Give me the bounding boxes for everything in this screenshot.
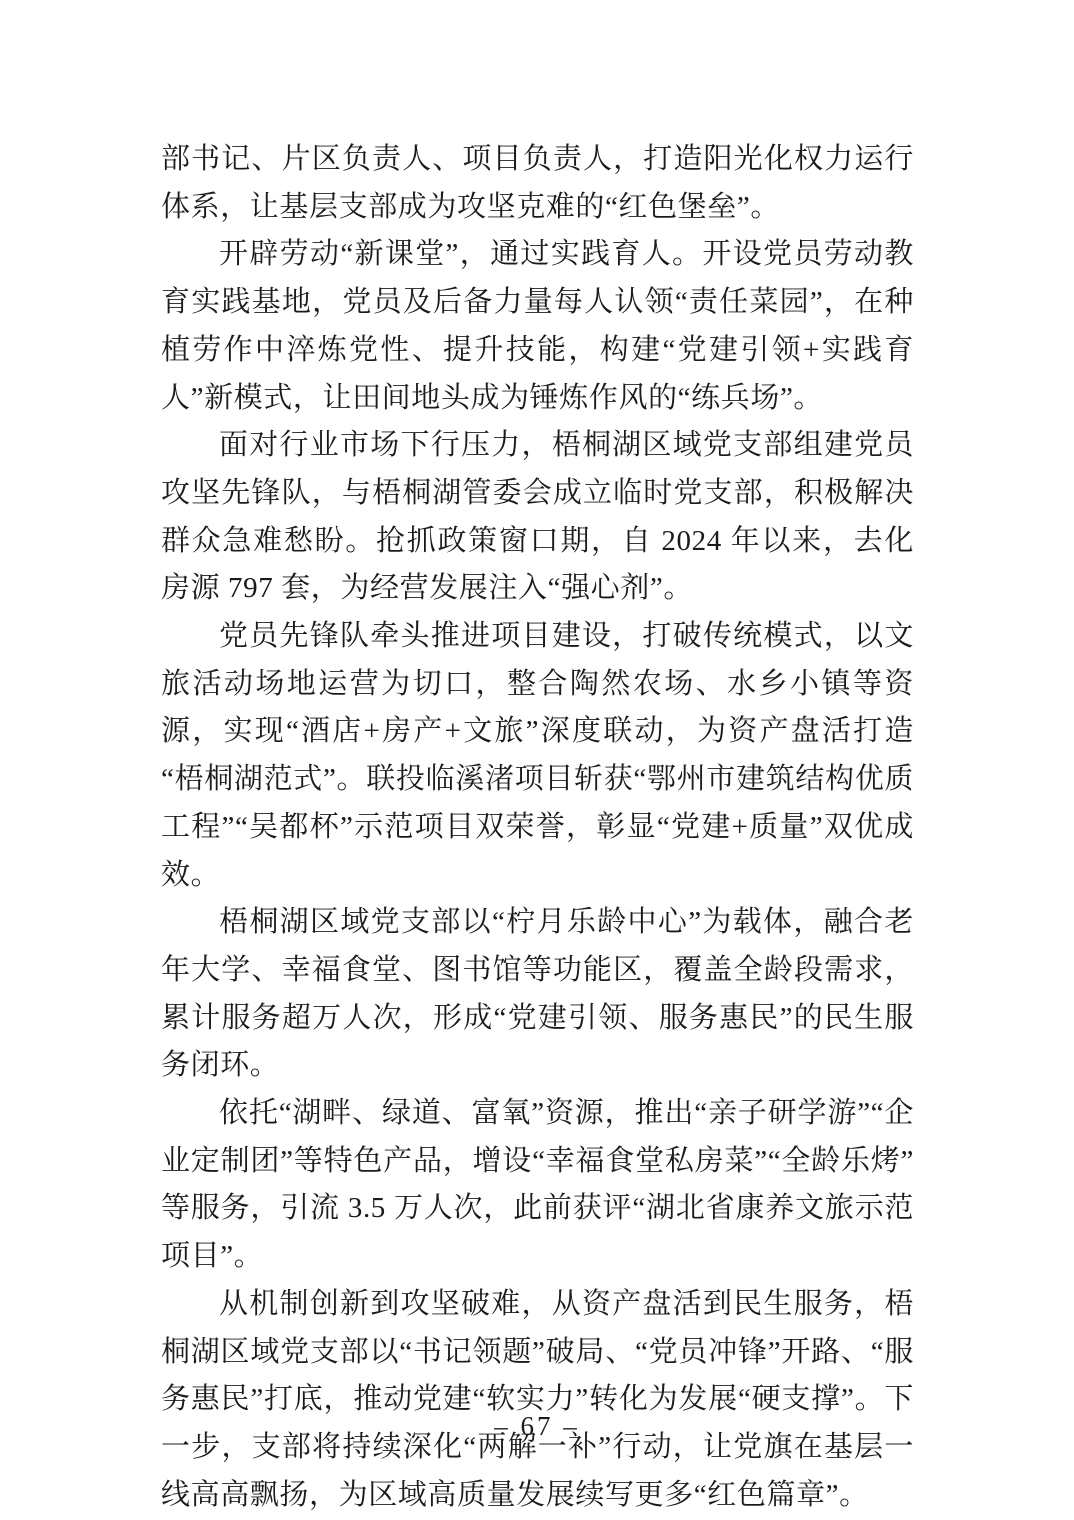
- paragraph: 面对行业市场下行压力，梧桐湖区域党支部组建党员攻坚先锋队，与梧桐湖管委会成立临时…: [161, 422, 914, 613]
- page-number: – 67 –: [0, 1411, 1074, 1442]
- paragraph: 党员先锋队牵头推进项目建设，打破传统模式，以文旅活动场地运营为切口，整合陶然农场…: [161, 613, 914, 899]
- document-body: 部书记、片区负责人、项目负责人，打造阳光化权力运行体系，让基层支部成为攻坚克难的…: [161, 136, 914, 1519]
- paragraph: 部书记、片区负责人、项目负责人，打造阳光化权力运行体系，让基层支部成为攻坚克难的…: [161, 136, 914, 231]
- paragraph: 梧桐湖区域党支部以“柠月乐龄中心”为载体，融合老年大学、幸福食堂、图书馆等功能区…: [161, 899, 914, 1090]
- paragraph: 从机制创新到攻坚破难，从资产盘活到民生服务，梧桐湖区域党支部以“书记领题”破局、…: [161, 1281, 914, 1520]
- paragraph: 依托“湖畔、绿道、富氧”资源，推出“亲子研学游”“企业定制团”等特色产品，增设“…: [161, 1090, 914, 1281]
- paragraph: 开辟劳动“新课堂”，通过实践育人。开设党员劳动教育实践基地，党员及后备力量每人认…: [161, 231, 914, 422]
- document-page: 部书记、片区负责人、项目负责人，打造阳光化权力运行体系，让基层支部成为攻坚克难的…: [0, 0, 1074, 1520]
